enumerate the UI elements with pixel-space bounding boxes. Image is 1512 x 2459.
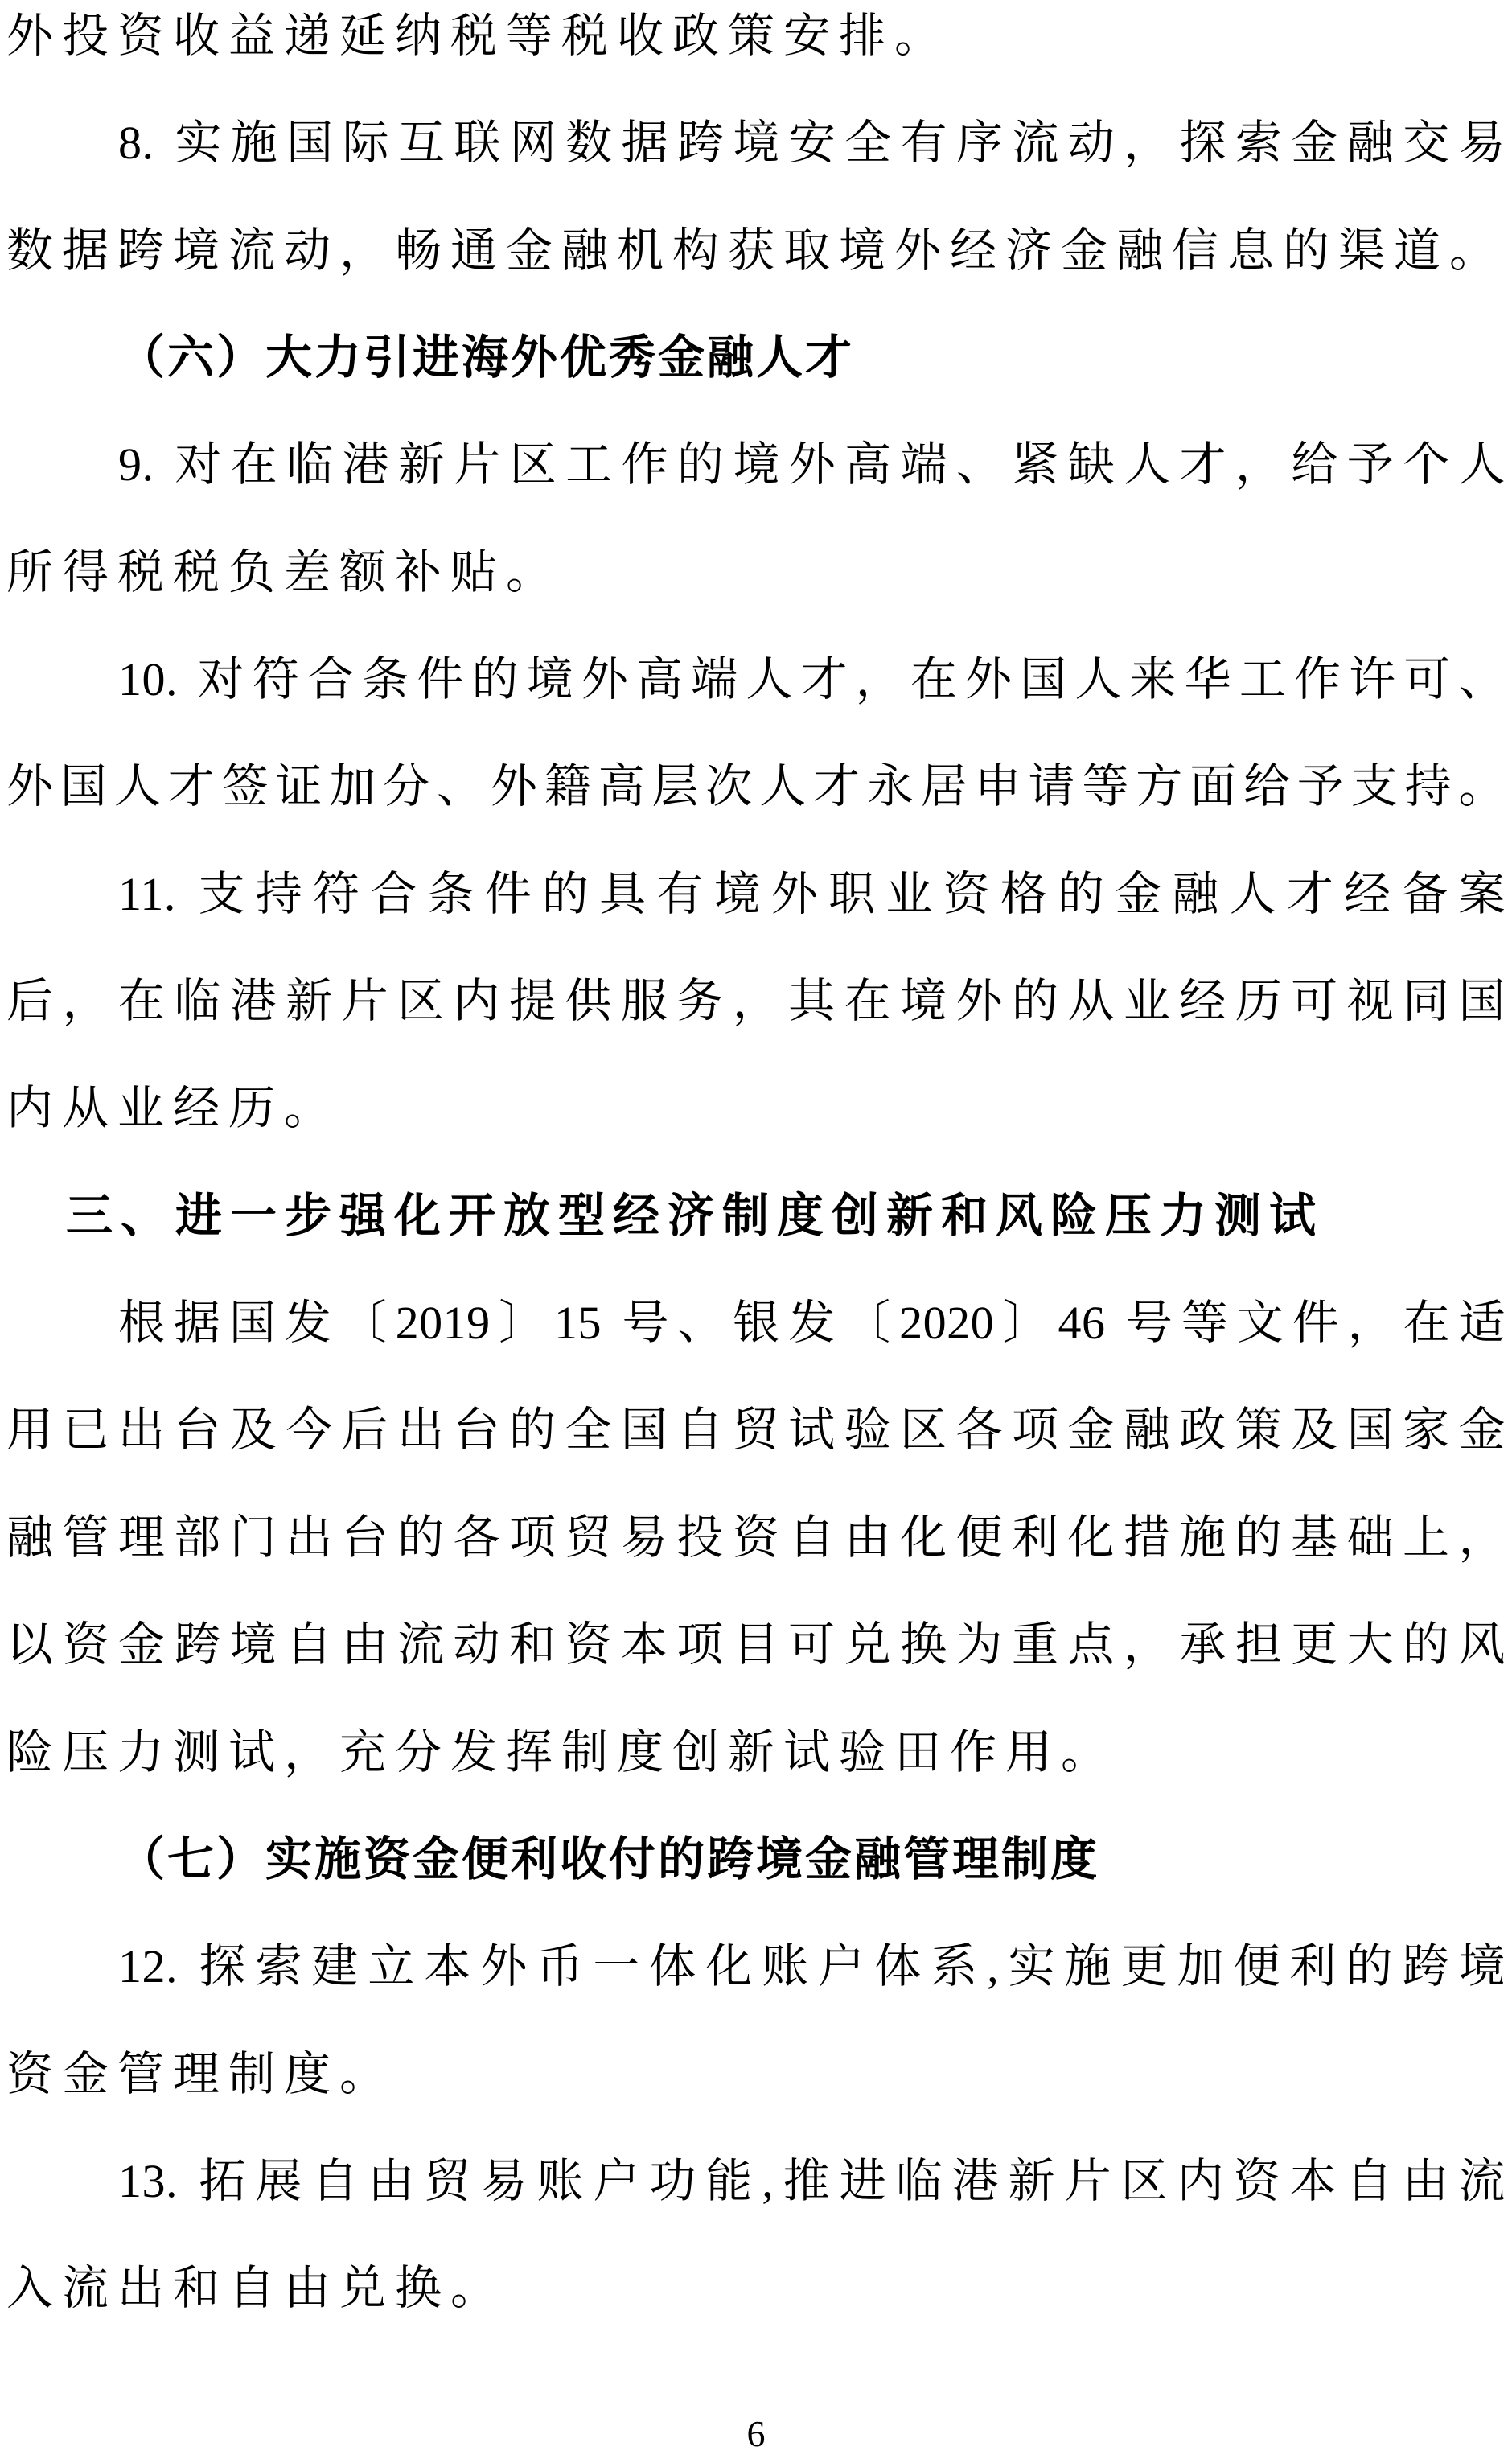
text-line: 后，在临港新片区内提供服务，其在境外的从业经历可视同国 [6, 948, 1506, 1055]
text-line: 所得税税负差额补贴。 [6, 519, 1506, 626]
text-line: 9. 对在临港新片区工作的境外高端、紧缺人才，给予个人 [6, 411, 1506, 518]
text-line: 险压力测试，充分发挥制度创新试验田作用。 [6, 1699, 1506, 1806]
text-line: 13. 拓展自由贸易账户功能,推进临港新片区内资本自由流 [6, 2128, 1506, 2235]
document-page: 外投资收益递延纳税等税收政策安排。8. 实施国际互联网数据跨境安全有序流动，探索… [0, 0, 1512, 2459]
text-line: 三、进一步强化开放型经济制度创新和风险压力测试 [6, 1162, 1506, 1269]
text-line: 入流出和自由兑换。 [6, 2235, 1506, 2342]
text-line: 8. 实施国际互联网数据跨境安全有序流动，探索金融交易 [6, 89, 1506, 196]
text-line: 以资金跨境自由流动和资本项目可兑换为重点，承担更大的风 [6, 1591, 1506, 1698]
page-number: 6 [0, 2416, 1512, 2453]
text-line: 用已出台及今后出台的全国自贸试验区各项金融政策及国家金 [6, 1376, 1506, 1483]
text-line: 12. 探索建立本外币一体化账户体系,实施更加便利的跨境 [6, 1913, 1506, 2020]
text-line: 资金管理制度。 [6, 2021, 1506, 2128]
text-line: 外投资收益递延纳税等税收政策安排。 [6, 0, 1506, 89]
text-line: （七）实施资金便利收付的跨境金融管理制度 [6, 1806, 1506, 1913]
text-line: 外国人才签证加分、外籍高层次人才永居申请等方面给予支持。 [6, 733, 1506, 840]
text-line: 11. 支持符合条件的具有境外职业资格的金融人才经备案 [6, 841, 1506, 948]
text-line: （六）大力引进海外优秀金融人才 [6, 304, 1506, 411]
document-body: 外投资收益递延纳税等税收政策安排。8. 实施国际互联网数据跨境安全有序流动，探索… [6, 0, 1506, 2342]
text-line: 融管理部门出台的各项贸易投资自由化便利化措施的基础上， [6, 1484, 1506, 1591]
text-line: 内从业经历。 [6, 1055, 1506, 1162]
text-line: 数据跨境流动，畅通金融机构获取境外经济金融信息的渠道。 [6, 197, 1506, 304]
text-line: 10. 对符合条件的境外高端人才，在外国人来华工作许可、 [6, 626, 1506, 733]
text-line: 根据国发〔2019〕15 号、银发〔2020〕46 号等文件，在适 [6, 1269, 1506, 1376]
